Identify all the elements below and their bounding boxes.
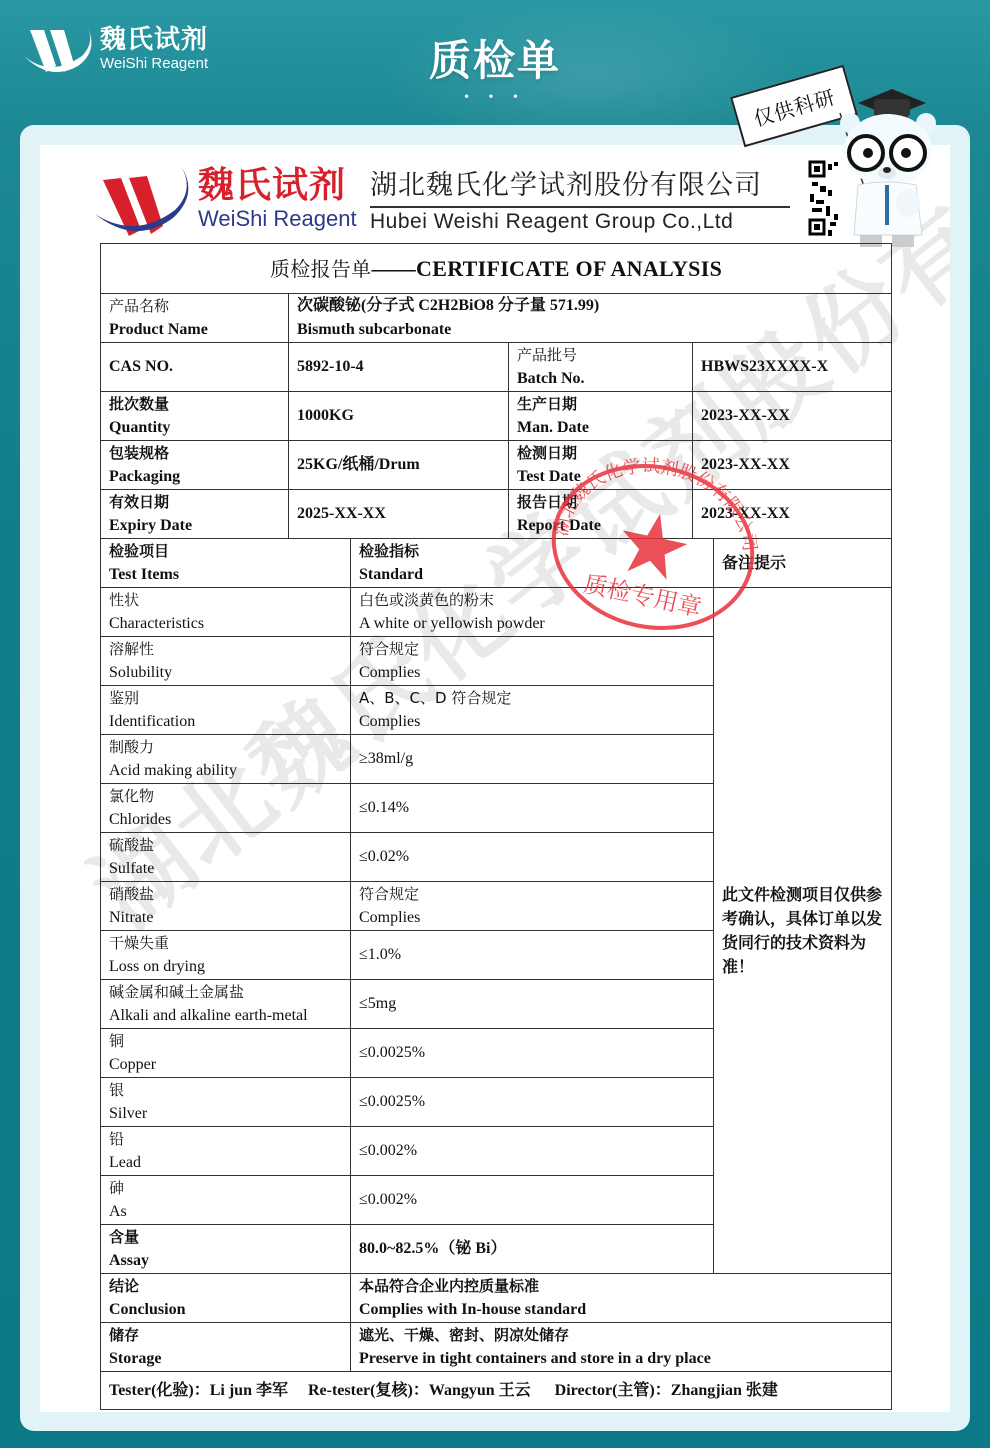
certificate-title-en: CERTIFICATE OF ANALYSIS — [416, 256, 722, 281]
test-item: 鉴别Identification — [101, 686, 351, 735]
product-name-label: 产品名称 Product Name — [101, 294, 289, 343]
report-date-value: 2023-XX-XX — [693, 490, 892, 539]
expiry-value: 2025-XX-XX — [289, 490, 509, 539]
row-expiry-reportdate: 有效日期 Expiry Date 2025-XX-XX 报告日期 Report … — [101, 490, 892, 539]
test-rows: 性状Characteristics白色或淡黄色的粉末A white or yel… — [101, 588, 892, 1274]
man-date-label: 生产日期 Man. Date — [509, 392, 693, 441]
test-date-value: 2023-XX-XX — [693, 441, 892, 490]
letterhead-brand: 魏氏试剂 WeiShi Reagent — [198, 166, 357, 232]
conclusion-value: 本品符合企业内控质量标准 Complies with In-house stan… — [351, 1274, 892, 1323]
conclusion-label: 结论 Conclusion — [101, 1274, 351, 1323]
test-standard: 符合规定Complies — [351, 637, 714, 686]
certificate-title-dash: —— — [371, 256, 416, 281]
tester-label: Tester(化验)： — [109, 1382, 210, 1399]
standard-header: 检验指标 Standard — [351, 539, 714, 588]
test-standard: ≤0.02% — [351, 833, 714, 882]
test-item: 溶解性Solubility — [101, 637, 351, 686]
packaging-label: 包装规格 Packaging — [101, 441, 289, 490]
polar-bear-mascot-icon — [830, 85, 940, 250]
packaging-value: 25KG/纸桶/Drum — [289, 441, 509, 490]
director-label: Director(主管)： — [555, 1382, 671, 1399]
note-header: 备注提示 — [714, 539, 892, 588]
storage-value: 遮光、干燥、密封、阴凉处储存 Preserve in tight contain… — [351, 1323, 892, 1372]
test-item: 银Silver — [101, 1078, 351, 1127]
product-name-value: 次碳酸铋(分子式 C2H2BiO8 分子量 571.99) Bismuth su… — [289, 294, 892, 343]
test-standard: ≥38ml/g — [351, 735, 714, 784]
test-standard: 符合规定Complies — [351, 882, 714, 931]
test-date-label: 检测日期 Test Date — [509, 441, 693, 490]
certificate-table: 质检报告单——CERTIFICATE OF ANALYSIS 产品名称 Prod… — [100, 243, 892, 1410]
row-conclusion: 结论 Conclusion 本品符合企业内控质量标准 Complies with… — [101, 1274, 892, 1323]
letterhead-brand-cn: 魏氏试剂 — [198, 166, 357, 206]
certificate-title: 质检报告单——CERTIFICATE OF ANALYSIS — [101, 244, 892, 294]
test-item: 铅Lead — [101, 1127, 351, 1176]
test-item: 干燥失重Loss on drying — [101, 931, 351, 980]
test-standard: 白色或淡黄色的粉末A white or yellowish powder — [351, 588, 714, 637]
storage-label: 储存 Storage — [101, 1323, 351, 1372]
test-item: 氯化物Chlorides — [101, 784, 351, 833]
signatures: Tester(化验)：Li jun 李军 Re-tester(复核)：Wangy… — [101, 1372, 892, 1410]
retester-name: Wangyun 王云 — [429, 1382, 531, 1399]
test-item: 性状Characteristics — [101, 588, 351, 637]
test-standard: 80.0~82.5%（铋 Bi） — [351, 1225, 714, 1274]
batch-value: HBWS23XXXX-X — [693, 343, 892, 392]
man-date-value: 2023-XX-XX — [693, 392, 892, 441]
weishi-letterhead-logo-icon — [95, 160, 195, 240]
director-name: Zhangjian 张建 — [671, 1382, 778, 1399]
test-items-header: 检验项目 Test Items — [101, 539, 351, 588]
batch-label: 产品批号 Batch No. — [509, 343, 693, 392]
certificate-title-cn: 质检报告单 — [270, 257, 372, 281]
quantity-label: 批次数量 Quantity — [101, 392, 289, 441]
test-standard: ≤0.002% — [351, 1176, 714, 1225]
row-signatures: Tester(化验)：Li jun 李军 Re-tester(复核)：Wangy… — [101, 1372, 892, 1410]
row-storage: 储存 Storage 遮光、干燥、密封、阴凉处储存 Preserve in ti… — [101, 1323, 892, 1372]
test-standard: ≤0.14% — [351, 784, 714, 833]
test-item: 含量Assay — [101, 1225, 351, 1274]
tester-name: Li jun 李军 — [210, 1382, 288, 1399]
letterhead-brand-en: WeiShi Reagent — [198, 206, 357, 232]
report-date-label: 报告日期 Report Date — [509, 490, 693, 539]
row-test-headers: 检验项目 Test Items 检验指标 Standard 备注提示 — [101, 539, 892, 588]
row-packaging-testdate: 包装规格 Packaging 25KG/纸桶/Drum 检测日期 Test Da… — [101, 441, 892, 490]
cas-label: CAS NO. — [101, 343, 289, 392]
test-standard: ≤0.002% — [351, 1127, 714, 1176]
test-item: 硝酸盐Nitrate — [101, 882, 351, 931]
test-standard: ≤0.0025% — [351, 1078, 714, 1127]
test-row: 性状Characteristics白色或淡黄色的粉末A white or yel… — [101, 588, 892, 637]
retester-label: Re-tester(复核)： — [308, 1382, 429, 1399]
row-quantity-mandate: 批次数量 Quantity 1000KG 生产日期 Man. Date 2023… — [101, 392, 892, 441]
test-standard: A、B、C、D 符合规定Complies — [351, 686, 714, 735]
note-text: 此文件检测项目仅供参考确认，具体订单以发货同行的技术资料为准！ — [714, 588, 892, 1274]
test-item: 制酸力Acid making ability — [101, 735, 351, 784]
test-item: 砷As — [101, 1176, 351, 1225]
quantity-value: 1000KG — [289, 392, 509, 441]
test-standard: ≤5mg — [351, 980, 714, 1029]
company-name-cn: 湖北魏氏化学试剂股份有限公司 — [370, 168, 790, 208]
cas-value: 5892-10-4 — [289, 343, 509, 392]
company-name-en: Hubei Weishi Reagent Group Co.,Ltd — [370, 208, 790, 236]
expiry-label: 有效日期 Expiry Date — [101, 490, 289, 539]
test-item: 硫酸盐Sulfate — [101, 833, 351, 882]
row-cas-batch: CAS NO. 5892-10-4 产品批号 Batch No. HBWS23X… — [101, 343, 892, 392]
test-standard: ≤0.0025% — [351, 1029, 714, 1078]
letterhead-company: 湖北魏氏化学试剂股份有限公司 Hubei Weishi Reagent Grou… — [370, 168, 790, 236]
row-product-name: 产品名称 Product Name 次碳酸铋(分子式 C2H2BiO8 分子量 … — [101, 294, 892, 343]
test-item: 碱金属和碱土金属盐Alkali and alkaline earth-metal — [101, 980, 351, 1029]
test-item: 铜Copper — [101, 1029, 351, 1078]
test-standard: ≤1.0% — [351, 931, 714, 980]
